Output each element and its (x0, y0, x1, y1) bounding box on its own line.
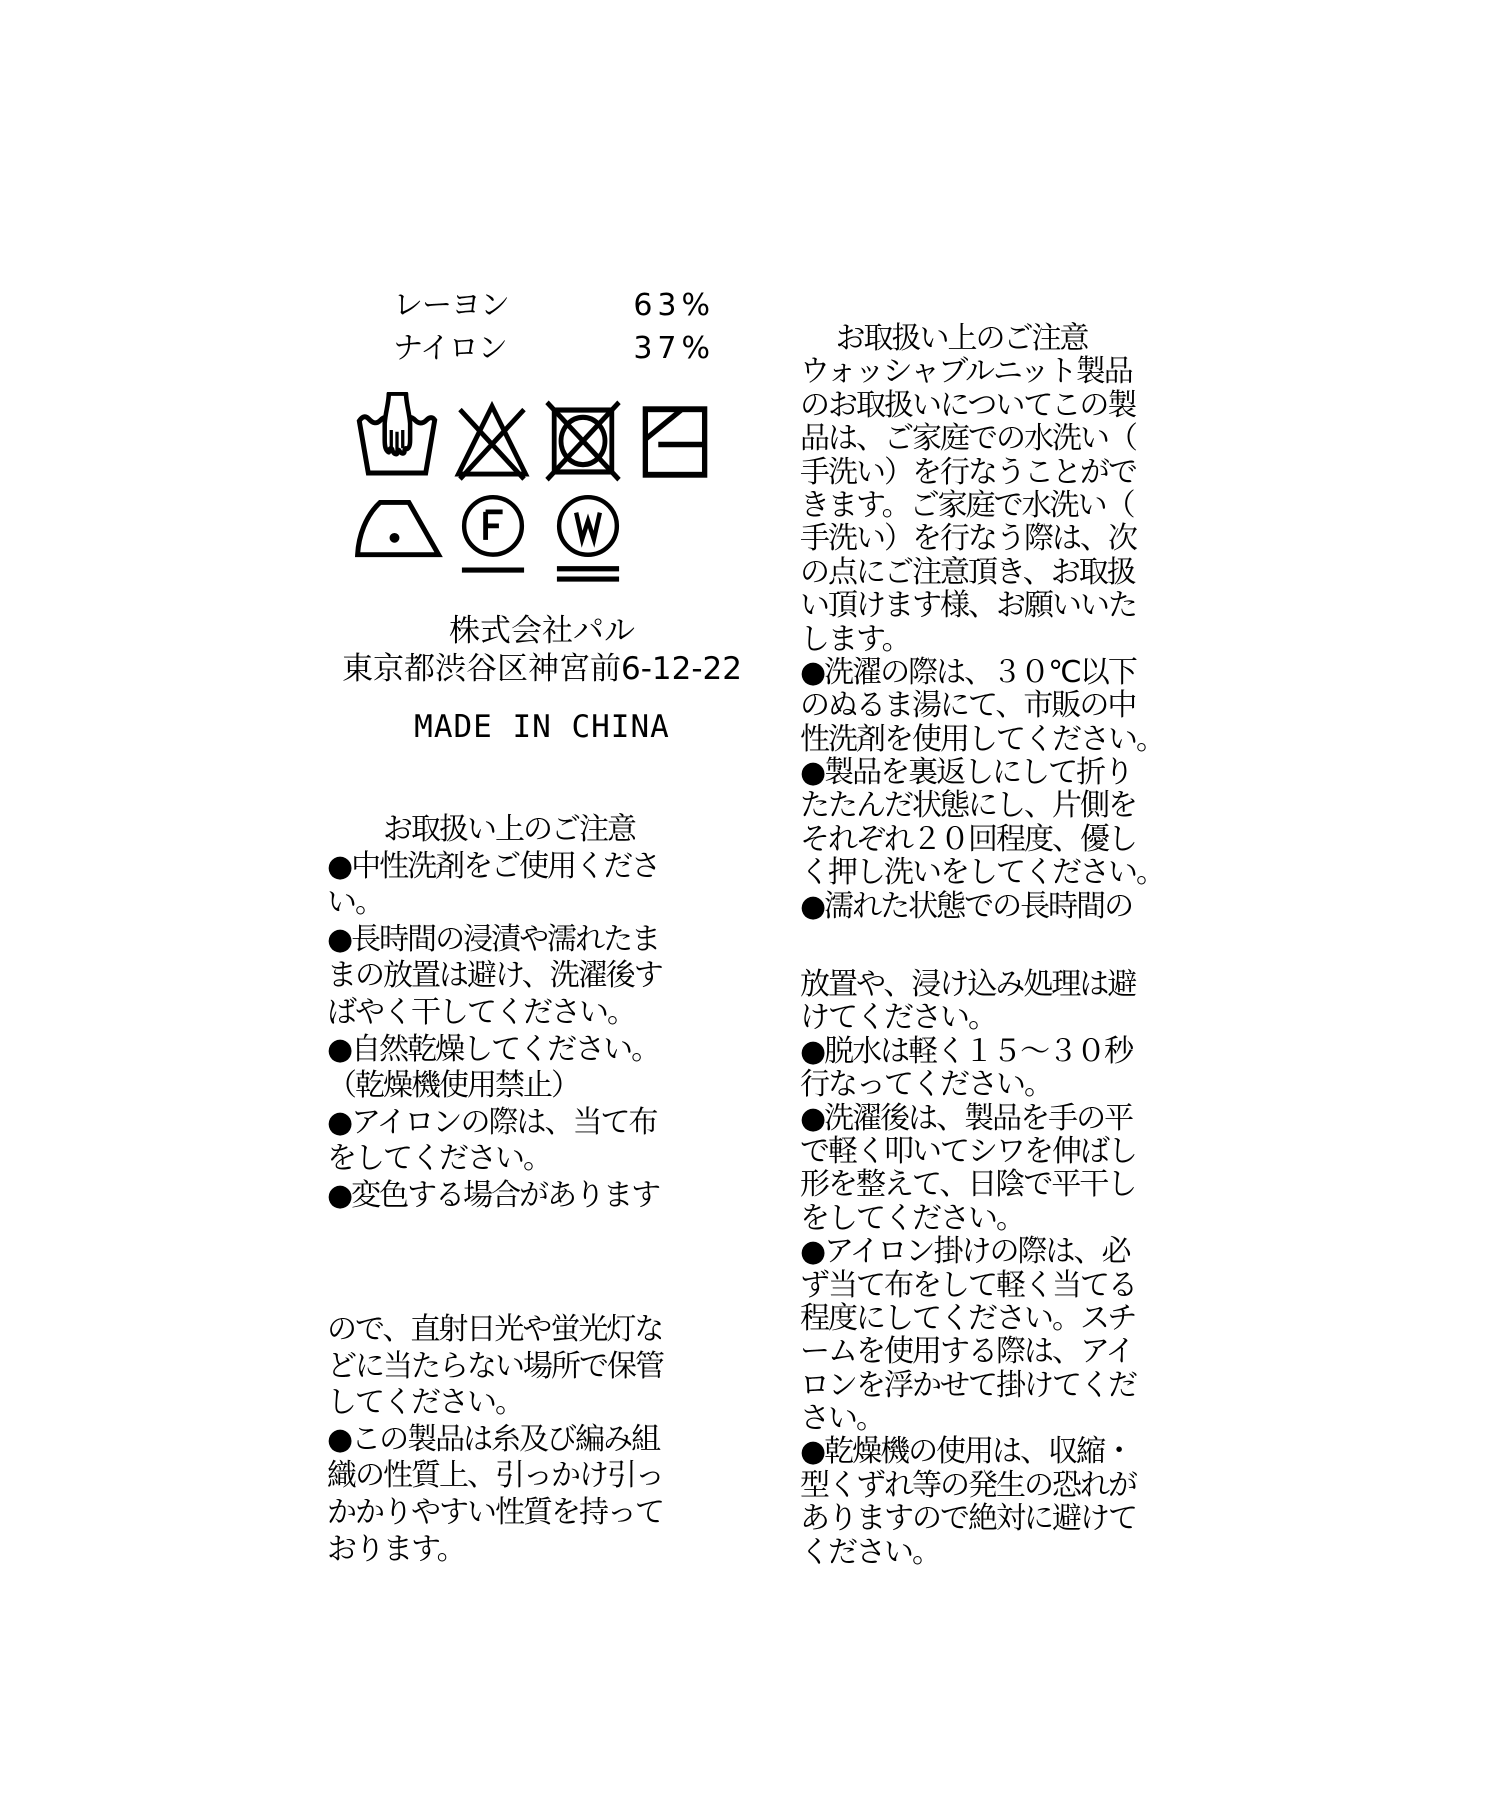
fiber-percent: 37% (633, 327, 715, 370)
fiber-row: ナイロン 37% (393, 327, 715, 370)
text-line: ●脱水は軽く１５～３０秒 (800, 1035, 1136, 1068)
text-line: 品は、ご家庭での水洗い（ (800, 422, 1164, 455)
company-address: 東京都渋谷区神宮前6-12-22 (312, 650, 772, 688)
fiber-percent: 63% (633, 284, 715, 327)
flat-dry-shade-icon (637, 400, 713, 484)
text-line: ームを使用する際は、アイ (800, 1335, 1136, 1368)
text-line: してください。 (327, 1385, 663, 1422)
text-line: さい。 (800, 1402, 1136, 1435)
text-line: ●アイロンの際は、当て布 (327, 1105, 662, 1142)
text-line: 型くずれ等の発生の恐れが (800, 1469, 1136, 1502)
text-line: ●変色する場合があります (327, 1178, 662, 1215)
text-line: をしてください。 (800, 1202, 1136, 1235)
text-line: 織の性質上、引っかけ引っ (327, 1458, 663, 1495)
fiber-composition: レーヨン 63% ナイロン 37% (393, 284, 715, 370)
dry-clean-f-icon (456, 492, 530, 576)
fiber-name: レーヨン (393, 284, 509, 327)
text-line: （乾燥機使用禁止） (327, 1068, 662, 1105)
do-not-bleach-icon (452, 398, 532, 484)
text-line: い。 (327, 885, 662, 922)
text-line: のぬるま湯にて、市販の中 (800, 689, 1164, 722)
text-line: 手洗い）を行なうことがで (800, 456, 1164, 489)
text-line: 放置や、浸け込み処理は避 (800, 968, 1136, 1001)
text-line: ウォッシャブルニット製品 (800, 355, 1164, 388)
text-line: 程度にしてください。スチ (800, 1302, 1136, 1335)
text-line: の点にご注意頂き、お取扱 (800, 556, 1164, 589)
text-line: 性洗剤を使用してください。 (800, 723, 1164, 756)
text-line: のお取扱いについてこの製 (800, 389, 1164, 422)
text-line: します。 (800, 623, 1164, 656)
text-line: で軽く叩いてシワを伸ばし (800, 1135, 1136, 1168)
hand-wash-icon (356, 392, 438, 478)
wet-clean-w-icon (551, 492, 625, 585)
text-line: それぞれ２０回程度、優し (800, 823, 1164, 856)
fiber-name: ナイロン (393, 327, 507, 370)
care-notes-left-top: お取扱い上のご注意●中性洗剤をご使用ください。●長時間の浸漬や濡れたままの放置は… (327, 812, 662, 1215)
care-notes-left-bottom: ので、直射日光や蛍光灯などに当たらない場所で保管してください。●この製品は糸及び… (327, 1312, 663, 1568)
text-line: ●長時間の浸漬や濡れたま (327, 922, 662, 959)
text-line: ●この製品は糸及び編み組 (327, 1422, 663, 1459)
text-line: たたんだ状態にし、片側を (800, 789, 1164, 822)
care-label-page: レーヨン 63% ナイロン 37% (0, 0, 1500, 1800)
text-line: ●濡れた状態での長時間の (800, 890, 1164, 923)
text-line: をしてください。 (327, 1141, 662, 1178)
text-line: い頂けます様、お願いいた (800, 589, 1164, 622)
text-line: ありますので絶対に避けて (800, 1502, 1136, 1535)
country-of-origin: MADE IN CHINA (312, 708, 772, 746)
text-line: お取扱い上のご注意 (800, 322, 1164, 355)
text-line: ●乾燥機の使用は、収縮・ (800, 1435, 1136, 1468)
text-line: ばやく干してください。 (327, 995, 662, 1032)
text-line: ので、直射日光や蛍光灯な (327, 1312, 663, 1349)
manufacturer-block: 株式会社パル 東京都渋谷区神宮前6-12-22 MADE IN CHINA (312, 612, 772, 746)
text-line: ●アイロン掛けの際は、必 (800, 1235, 1136, 1268)
text-line: どに当たらない場所で保管 (327, 1349, 663, 1386)
text-line: ●洗濯の際は、３０℃以下 (800, 656, 1164, 689)
text-line: 行なってください。 (800, 1068, 1136, 1101)
text-line: 手洗い）を行なう際は、次 (800, 522, 1164, 555)
text-line: ず当て布をして軽く当てる (800, 1269, 1136, 1302)
text-line: ●自然乾燥してください。 (327, 1032, 662, 1069)
do-not-tumble-dry-icon (543, 398, 623, 484)
text-line: きます。ご家庭で水洗い（ (800, 489, 1164, 522)
text-line: ください。 (800, 1536, 1136, 1569)
iron-low-icon (354, 498, 444, 560)
text-line: けてください。 (800, 1001, 1136, 1034)
text-line: まの放置は避け、洗濯後す (327, 958, 662, 995)
text-line: ●製品を裏返しにして折り (800, 756, 1164, 789)
text-line: 形を整えて、日陰で平干し (800, 1168, 1136, 1201)
text-line: おります。 (327, 1532, 663, 1569)
text-line: ロンを浮かせて掛けてくだ (800, 1369, 1136, 1402)
text-line: ●洗濯後は、製品を手の平 (800, 1102, 1136, 1135)
text-line: ●中性洗剤をご使用くださ (327, 849, 662, 886)
company-name: 株式会社パル (312, 612, 772, 650)
text-line: お取扱い上のご注意 (327, 812, 662, 849)
care-notes-right-top: お取扱い上のご注意ウォッシャブルニット製品のお取扱いについてこの製品は、ご家庭で… (800, 322, 1164, 923)
text-line: く押し洗いをしてください。 (800, 856, 1164, 889)
fiber-row: レーヨン 63% (393, 284, 715, 327)
care-notes-right-bottom: 放置や、浸け込み処理は避けてください。●脱水は軽く１５～３０秒行なってください。… (800, 968, 1136, 1569)
text-line: かかりやすい性質を持って (327, 1495, 663, 1532)
